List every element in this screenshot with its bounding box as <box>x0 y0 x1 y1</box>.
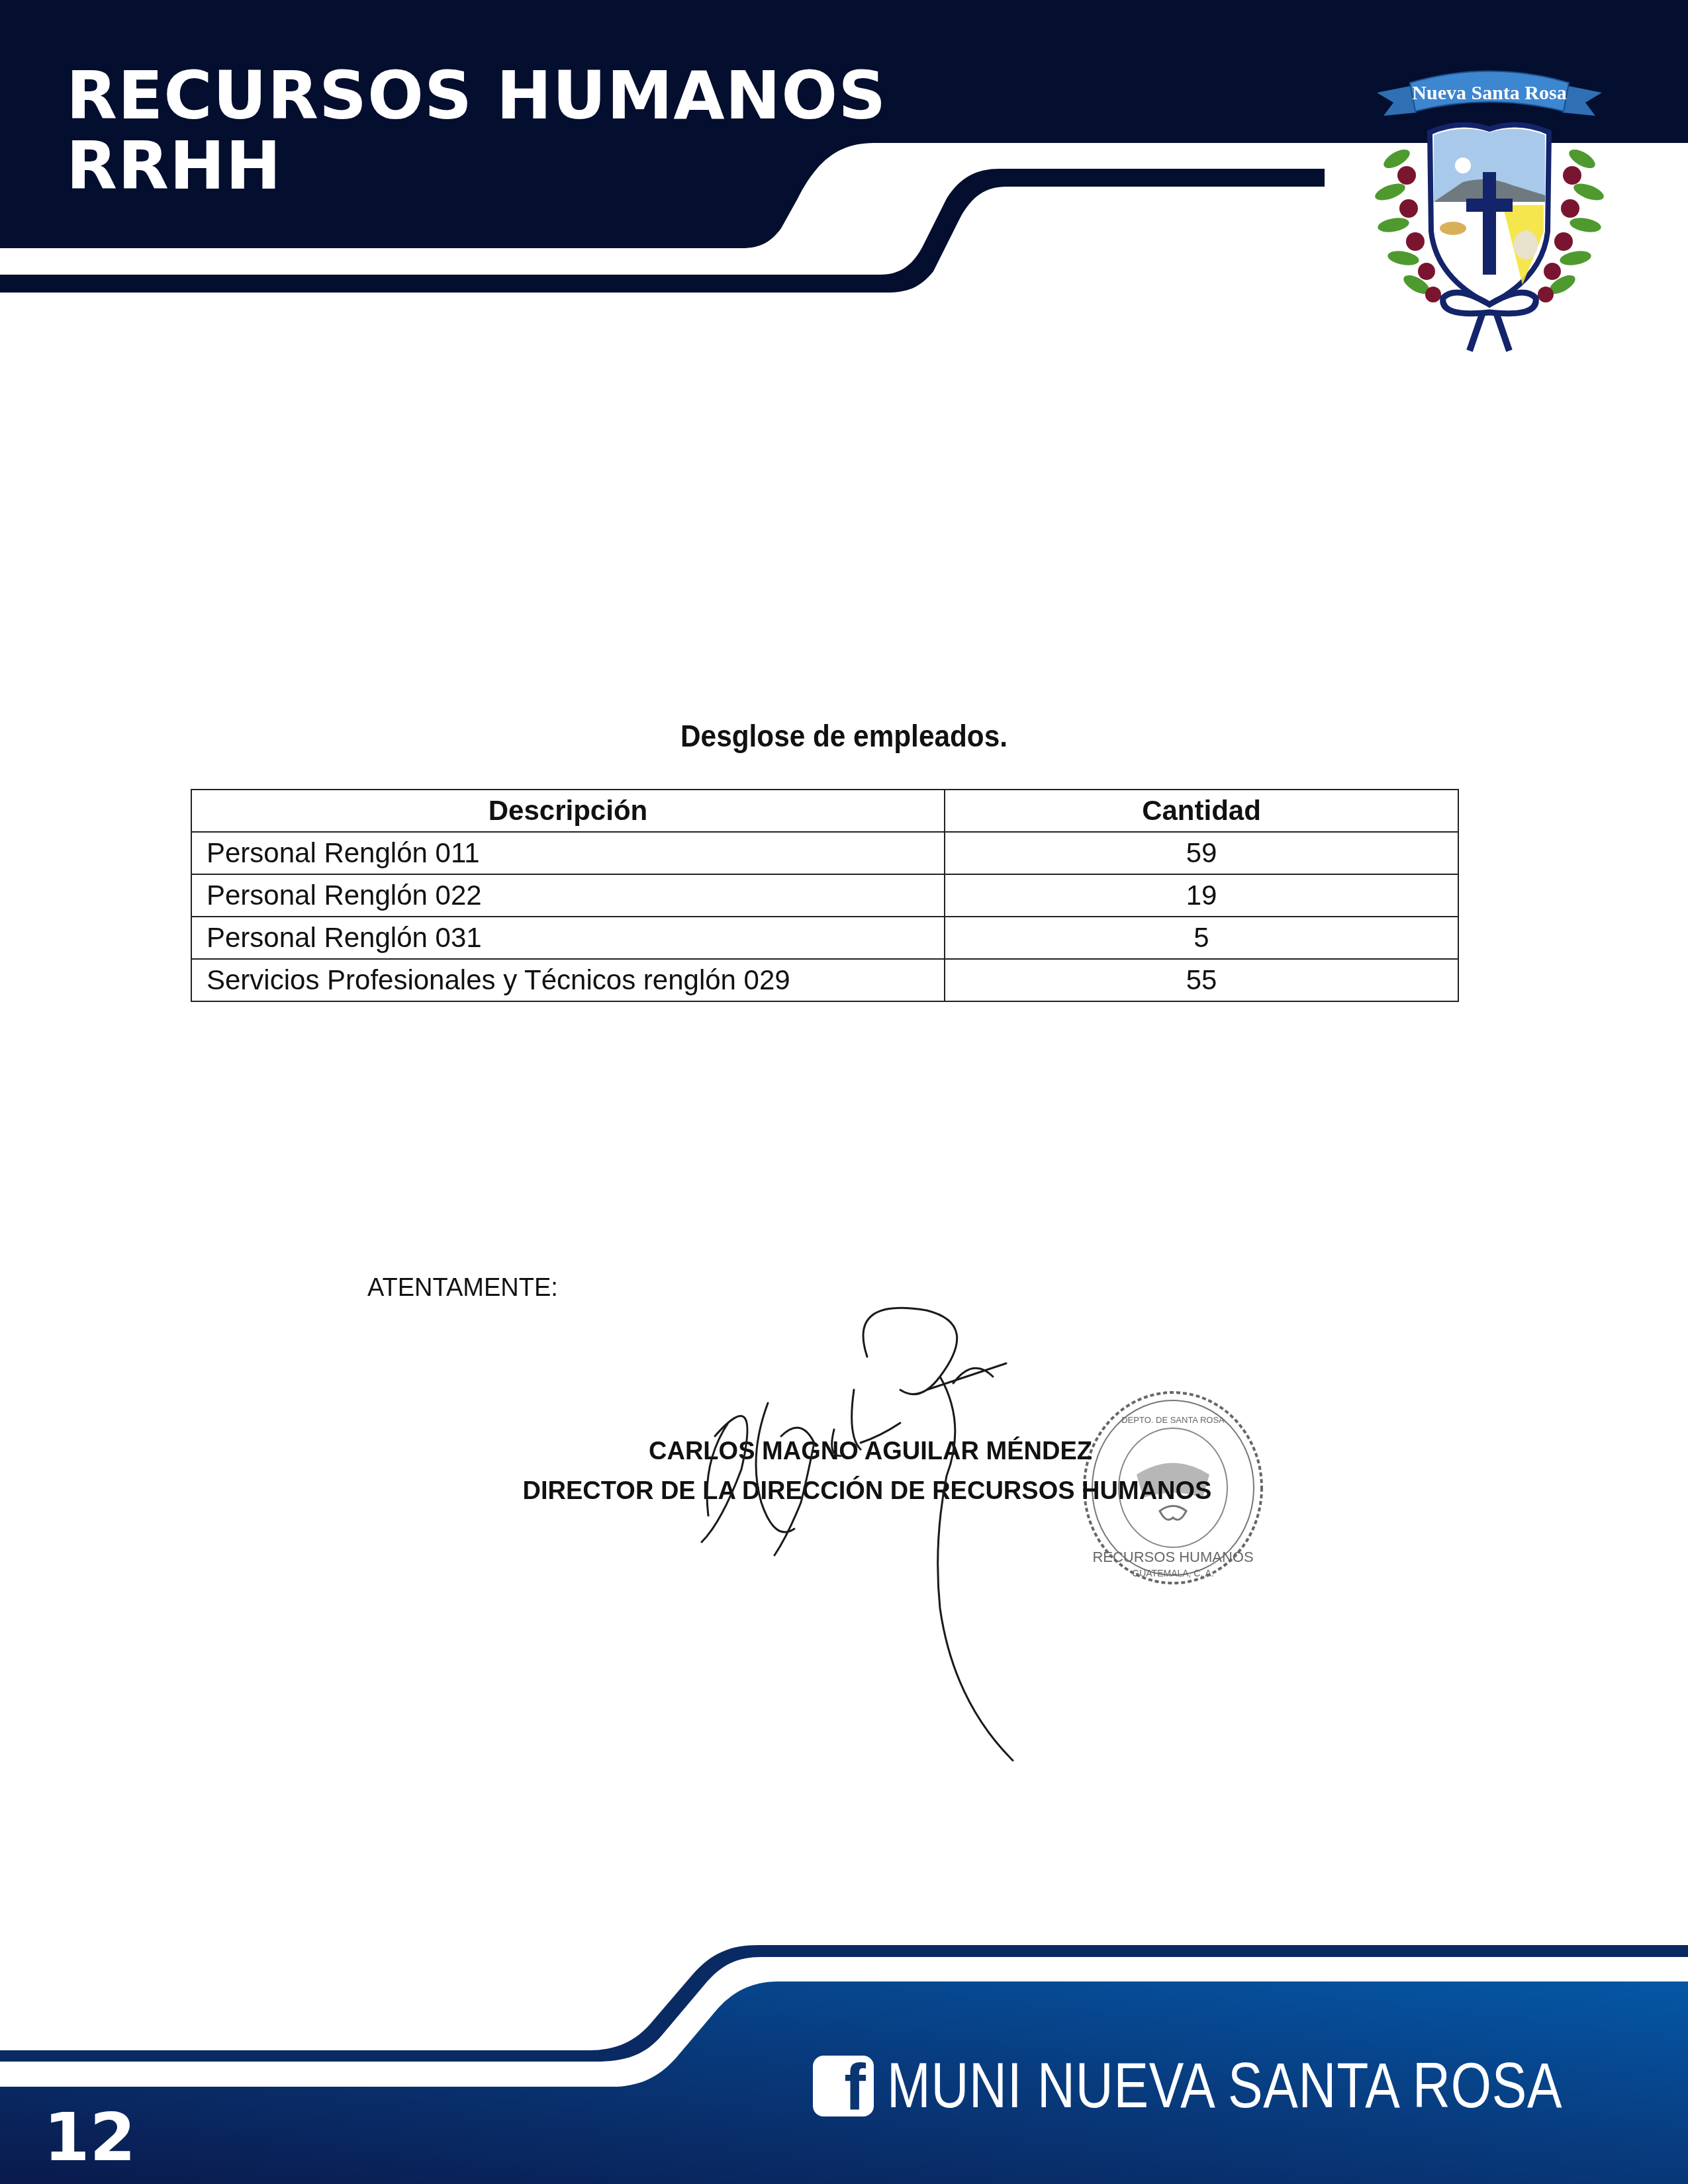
crest-banner-text: Nueva Santa Rosa <box>1412 82 1566 104</box>
header-title-line2: RRHH <box>66 131 886 201</box>
stamp-outer-text: DEPTO. DE SANTA ROSA <box>1121 1415 1225 1425</box>
cell-description: Servicios Profesionales y Técnicos rengl… <box>191 959 945 1001</box>
header-title: RECURSOS HUMANOS RRHH <box>66 61 886 201</box>
table-row: Personal Renglón 031 5 <box>191 917 1458 959</box>
cell-description: Personal Renglón 022 <box>191 874 945 917</box>
facebook-page-label: MUNI NUEVA SANTA ROSA <box>887 2054 1562 2118</box>
cell-quantity: 55 <box>945 959 1458 1001</box>
handwritten-signature <box>662 1304 1125 1780</box>
header-title-line1: RECURSOS HUMANOS <box>66 61 886 131</box>
facebook-page-link[interactable]: f MUNI NUEVA SANTA ROSA <box>813 2054 1688 2118</box>
closing-text: ATENTAMENTE: <box>367 1274 558 1302</box>
document-title: Desglose de empleados. <box>68 718 1620 754</box>
cell-quantity: 5 <box>945 917 1458 959</box>
facebook-icon: f <box>813 2056 874 2116</box>
table-row: Servicios Profesionales y Técnicos rengl… <box>191 959 1458 1001</box>
municipal-crest-logo: Nueva Santa Rosa <box>1370 66 1609 357</box>
stamp-country-text: GUATEMALA, C. A. <box>1132 1568 1213 1578</box>
page-number: 12 <box>44 2105 136 2171</box>
cell-quantity: 59 <box>945 832 1458 874</box>
column-header-quantity: Cantidad <box>945 790 1458 832</box>
employee-breakdown-table: Descripción Cantidad Personal Renglón 01… <box>191 789 1459 1002</box>
cell-description: Personal Renglón 011 <box>191 832 945 874</box>
table-header-row: Descripción Cantidad <box>191 790 1458 832</box>
table-row: Personal Renglón 022 19 <box>191 874 1458 917</box>
cell-quantity: 19 <box>945 874 1458 917</box>
cell-description: Personal Renglón 031 <box>191 917 945 959</box>
table-row: Personal Renglón 011 59 <box>191 832 1458 874</box>
column-header-description: Descripción <box>191 790 945 832</box>
